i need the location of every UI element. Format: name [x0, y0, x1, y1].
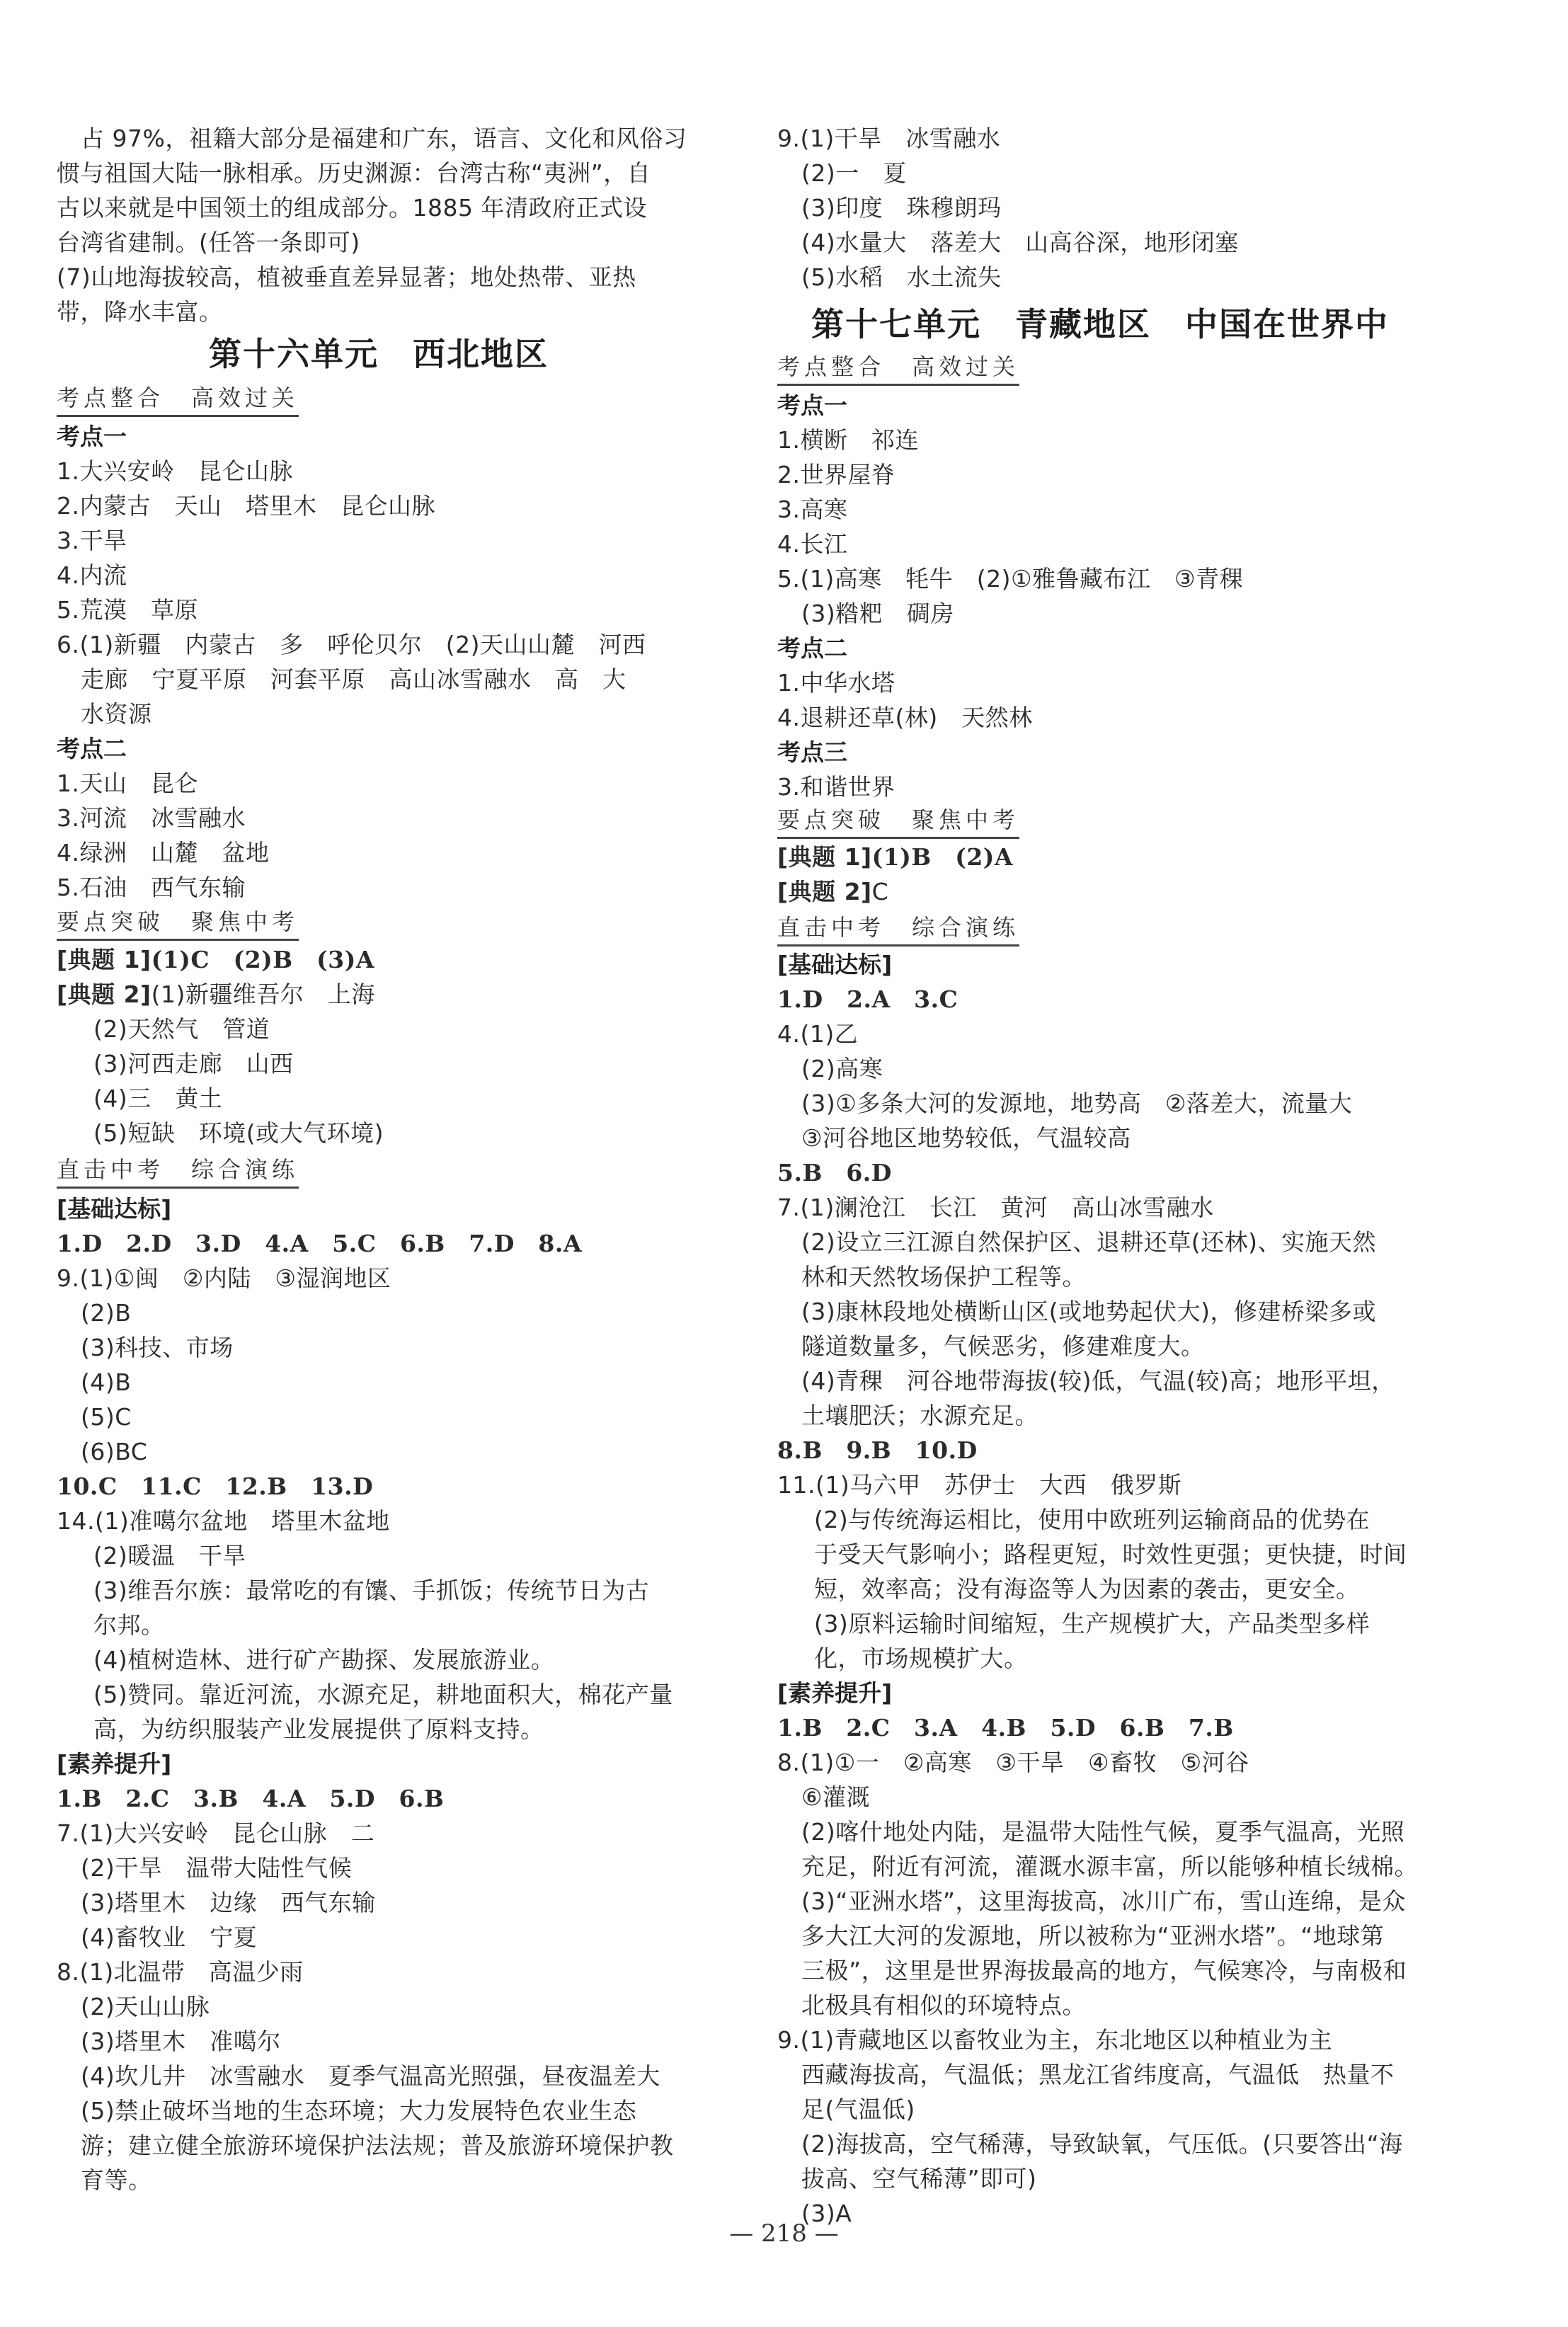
- answer-line: (3)①多条大河的发源地，地势高 ②落差大，流量大: [801, 1086, 1352, 1121]
- page-number: — 218 —: [0, 2219, 1568, 2248]
- answer-line: (2)干旱 温带大陆性气候: [81, 1851, 352, 1885]
- answer-line: 拔高、空气稀薄”即可): [801, 2161, 1036, 2196]
- text-line: 古以来就是中国领土的组成部分。1885 年清政府正式设: [57, 190, 647, 225]
- answer-line: 1.B 2.C 3.B 4.A 5.D 6.B: [57, 1781, 444, 1816]
- answer-line: 多大江大河的发源地，所以被称为“亚洲水塔”。“地球第: [801, 1919, 1384, 1953]
- example-label: [典题 2]: [57, 980, 151, 1008]
- answer-line: 尔邦。: [93, 1608, 165, 1642]
- answer-line: (2)天然气 管道: [93, 1012, 270, 1046]
- unit-title: 第十六单元 西北地区: [209, 333, 549, 375]
- answer-line: (4)坎儿井 冰雪融水 夏季气温高光照强，昼夜温差大: [81, 2059, 660, 2093]
- answer-line: (5)赞同。靠近河流，水源充足，耕地面积大，棉花产量: [93, 1677, 673, 1712]
- answer-line: 3.和谐世界: [777, 770, 895, 804]
- answer-line: 土壤肥沃；水源充足。: [801, 1398, 1038, 1433]
- topic-heading: 考点一: [57, 419, 127, 454]
- answer-line: 短，效率高；没有海盗等人为因素的袭击，更安全。: [814, 1572, 1360, 1606]
- answer-line: (2)海拔高，空气稀薄，导致缺氧，气压低。(只要答出“海: [801, 2127, 1403, 2161]
- section-heading: 直击中考 综合演练: [777, 912, 1019, 947]
- answer-line: 7.(1)澜沧江 长江 黄河 高山冰雪融水: [777, 1190, 1214, 1225]
- answer-line: 游；建立健全旅游环境保护法法规；普及旅游环境保护教: [81, 2128, 674, 2163]
- text-line: 惯与祖国大陆一脉相承。历史渊源：台湾古称“夷洲”，自: [57, 156, 651, 190]
- answer-line: 3.干旱: [57, 523, 127, 558]
- answer-line: (2)暖温 干旱: [93, 1538, 246, 1573]
- answer-line: (5)短缺 环境(或大气环境): [93, 1116, 384, 1150]
- answer-line: 8.B 9.B 10.D: [777, 1433, 978, 1468]
- answer-line: 8.(1)北温带 高温少雨: [57, 1955, 304, 1989]
- answer-line: (6)BC: [81, 1434, 147, 1469]
- answer-line: 5.B 6.D: [777, 1155, 892, 1190]
- answer-line: (4)水量大 落差大 山高谷深，地形闭塞: [801, 225, 1239, 260]
- text-line: 带，降水丰富。: [57, 295, 223, 329]
- answer-line: 高，为纺织服装产业发展提供了原料支持。: [93, 1712, 544, 1746]
- answer-line: 11.(1)马六甲 苏伊士 大西 俄罗斯: [777, 1468, 1181, 1502]
- answer-line: 8.(1)①一 ②高寒 ③干旱 ④畜牧 ⑤河谷: [777, 1745, 1249, 1780]
- text-line: 占 97%，祖籍大部分是福建和广东，语言、文化和风俗习: [81, 121, 687, 156]
- answer-line: 4.绿洲 山麓 盆地: [57, 835, 270, 870]
- answer-line: 6.(1)新疆 内蒙古 多 呼伦贝尔 (2)天山山麓 河西: [57, 627, 646, 662]
- example-label: [典题 1]: [57, 946, 151, 973]
- subsection-label: [基础达标]: [57, 1191, 171, 1226]
- example-text: (1)C (2)B (3)A: [151, 946, 374, 973]
- answer-line: 隧道数量多，气候恶劣，修建难度大。: [801, 1329, 1205, 1363]
- answer-line: (4)植树造林、进行矿产勘探、发展旅游业。: [93, 1642, 554, 1677]
- answer-line: (3)“亚洲水塔”，这里海拔高，冰川广布，雪山连绵，是众: [801, 1884, 1406, 1919]
- answer-line: (3)康林段地处横断山区(或地势起伏大)，修建桥梁多或: [801, 1294, 1376, 1329]
- subsection-label: [素养提升]: [57, 1746, 171, 1781]
- answer-line: 5.石油 西气东输: [57, 870, 246, 905]
- answer-line: 4.退耕还草(林) 天然林: [777, 700, 1033, 735]
- answer-line: 5.荒漠 草原: [57, 593, 198, 627]
- answer-line: 化，市场规模扩大。: [814, 1641, 1028, 1676]
- answer-line: (2)与传统海运相比，使用中欧班列运输商品的优势在: [814, 1502, 1370, 1537]
- answer-line: 1.天山 昆仑: [57, 766, 198, 801]
- answer-line: (3)河西走廊 山西: [93, 1046, 294, 1081]
- answer-line: 9.(1)干旱 冰雪融水: [777, 121, 1000, 156]
- subsection-label: [素养提升]: [777, 1676, 892, 1710]
- subsection-label: [基础达标]: [777, 947, 892, 982]
- example-label: [典题 1]: [777, 843, 872, 871]
- section-heading: 直击中考 综合演练: [57, 1154, 299, 1189]
- answer-line: (3)塔里木 准噶尔: [81, 2024, 281, 2059]
- answer-line: 2.世界屋脊: [777, 457, 895, 492]
- answer-line: 9.(1)青藏地区以畜牧业为主，东北地区以种植业为主: [777, 2023, 1332, 2057]
- answer-line: 1.B 2.C 3.A 4.B 5.D 6.B 7.B: [777, 1710, 1234, 1745]
- answer-line: 14.(1)准噶尔盆地 塔里木盆地: [57, 1504, 390, 1538]
- answer-line: 水资源: [81, 697, 152, 731]
- section-heading: 要点突破 聚焦中考: [777, 804, 1019, 839]
- example-text: (1)B (2)A: [872, 843, 1013, 871]
- answer-line: 育等。: [81, 2163, 152, 2197]
- answer-line: 于受天气影响小；路程更短，时效性更强；更快捷，时间: [814, 1537, 1407, 1572]
- topic-heading: 考点二: [57, 731, 127, 766]
- answer-line: (3)塔里木 边缘 西气东输: [81, 1885, 376, 1920]
- answer-line: 1.大兴安岭 昆仑山脉: [57, 454, 293, 488]
- topic-heading: 考点一: [777, 388, 847, 423]
- answer-line: 4.(1)乙: [777, 1017, 858, 1051]
- answer-line: 4.内流: [57, 558, 127, 593]
- answer-line: 1.中华水塔: [777, 665, 895, 700]
- example-answer: [典题 1](1)B (2)A: [777, 840, 1013, 874]
- answer-line: (5)禁止破坏当地的生态环境；大力发展特色农业生态: [81, 2093, 636, 2128]
- answer-line: ⑥灌溉: [801, 1780, 870, 1814]
- answer-line: 足(气温低): [801, 2092, 915, 2127]
- answer-line: (3)印度 珠穆朗玛: [801, 190, 1002, 225]
- answer-line: ③河谷地区地势较低，气温较高: [801, 1121, 1131, 1155]
- unit-title: 第十七单元 青藏地区 中国在世界中: [811, 303, 1389, 345]
- answer-line: 充足，附近有河流，灌溉水源丰富，所以能够种植长绒棉。: [801, 1849, 1418, 1884]
- answer-line: (4)三 黄土: [93, 1081, 222, 1116]
- answer-line: (2)一 夏: [801, 156, 907, 190]
- answer-line: 北极具有相似的环境特点。: [801, 1988, 1086, 2023]
- example-text: (1)新疆维吾尔 上海: [151, 980, 375, 1008]
- section-heading: 要点突破 聚焦中考: [57, 906, 299, 941]
- answer-line: 7.(1)大兴安岭 昆仑山脉 二: [57, 1816, 374, 1851]
- answer-line: 9.(1)①闽 ②内陆 ③湿润地区: [57, 1261, 391, 1296]
- answer-line: 1.D 2.D 3.D 4.A 5.C 6.B 7.D 8.A: [57, 1226, 582, 1261]
- answer-line: 5.(1)高寒 牦牛 (2)①雅鲁藏布江 ③青稞: [777, 561, 1243, 596]
- answer-line: 3.河流 冰雪融水: [57, 801, 246, 835]
- topic-heading: 考点二: [777, 631, 847, 665]
- answer-line: (4)B: [81, 1365, 131, 1400]
- answer-line: 三极”，这里是世界海拔最高的地方，气候寒冷，与南极和: [801, 1953, 1407, 1988]
- section-heading: 考点整合 高效过关: [777, 351, 1019, 386]
- example-answer: [典题 2]C: [777, 874, 888, 909]
- answer-line: (2)喀什地处内陆，是温带大陆性气候，夏季气温高，光照: [801, 1814, 1404, 1849]
- example-label: [典题 2]: [777, 878, 872, 905]
- example-text: C: [872, 878, 889, 905]
- example-answer: [典题 1](1)C (2)B (3)A: [57, 942, 374, 977]
- text-line: 台湾省建制。(任答一条即可): [57, 225, 360, 260]
- answer-line: (4)青稞 河谷地带海拔(较)低，气温(较)高；地形平坦，: [801, 1363, 1395, 1398]
- answer-line: 1.横断 祁连: [777, 423, 919, 457]
- answer-line: (3)原料运输时间缩短，生产规模扩大，产品类型多样: [814, 1606, 1370, 1641]
- answer-line: (3)维吾尔族：最常吃的有馕、手抓饭；传统节日为古: [93, 1573, 649, 1608]
- example-answer: [典题 2](1)新疆维吾尔 上海: [57, 977, 375, 1012]
- answer-line: 1.D 2.A 3.C: [777, 982, 958, 1017]
- answer-line: (5)水稻 水土流失: [801, 260, 1002, 295]
- answer-line: 4.长江: [777, 527, 848, 561]
- text-line: (7)山地海拔较高，植被垂直差异显著；地处热带、亚热: [57, 260, 636, 295]
- answer-line: (3)糌粑 碉房: [801, 596, 954, 631]
- answer-line: (2)设立三江源自然保护区、退耕还草(还林)、实施天然: [801, 1225, 1376, 1259]
- answer-line: (2)天山山脉: [81, 1989, 210, 2024]
- answer-line: (5)C: [81, 1400, 132, 1434]
- answer-line: 林和天然牧场保护工程等。: [801, 1259, 1086, 1294]
- answer-line: 10.C 11.C 12.B 13.D: [57, 1469, 373, 1504]
- section-heading: 考点整合 高效过关: [57, 382, 299, 417]
- answer-line: (2)高寒: [801, 1051, 883, 1086]
- answer-line: (4)畜牧业 宁夏: [81, 1920, 257, 1955]
- answer-line: 西藏海拔高，气温低；黑龙江省纬度高，气温低 热量不: [801, 2057, 1395, 2092]
- answer-line: 3.高寒: [777, 492, 848, 527]
- topic-heading: 考点三: [777, 735, 847, 770]
- answer-line: 走廊 宁夏平原 河套平原 高山冰雪融水 高 大: [81, 662, 626, 697]
- answer-line: 2.内蒙古 天山 塔里木 昆仑山脉: [57, 488, 435, 523]
- answer-line: (2)B: [81, 1296, 131, 1330]
- answer-line: (3)科技、市场: [81, 1330, 234, 1365]
